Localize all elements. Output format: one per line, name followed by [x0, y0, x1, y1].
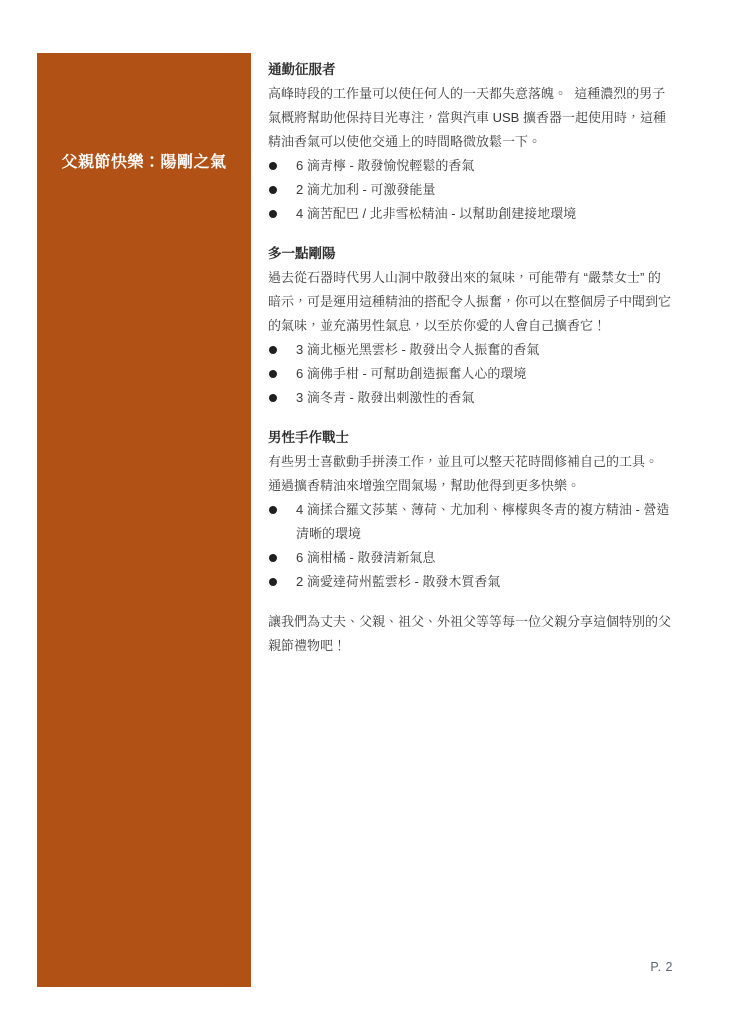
bullet-dot-icon [269, 554, 277, 562]
bullet-text: 6 滴柑橘 - 散發清新氣息 [296, 546, 672, 570]
bullet-dot-icon [269, 506, 277, 514]
list-item: 2 滴尤加利 - 可激發能量 [268, 178, 672, 202]
bullet-list: 6 滴青檸 - 散發愉悅輕鬆的香氣 2 滴尤加利 - 可激發能量 4 滴苦配巴 … [268, 154, 672, 226]
list-item: 4 滴苦配巴 / 北非雪松精油 - 以幫助創建接地環境 [268, 202, 672, 226]
bullet-text: 6 滴青檸 - 散發愉悅輕鬆的香氣 [296, 154, 672, 178]
closing-paragraph: 讓我們為丈夫、父親、祖父、外祖父等等每一位父親分享這個特別的父親節禮物吧！ [268, 610, 672, 658]
bullet-list: 4 滴揉合羅文莎葉、薄荷、尤加利、檸檬與冬青的複方精油 - 營造清晰的環境 6 … [268, 498, 672, 594]
section-paragraph: 過去從石器時代男人山洞中散發出來的氣味，可能帶有 “嚴禁女士” 的暗示，可是運用… [268, 266, 672, 338]
list-item: 3 滴冬青 - 散發出刺激性的香氣 [268, 386, 672, 410]
section-paragraph: 有些男士喜歡動手拼湊工作，並且可以整天花時間修補自己的工具。 通過擴香精油來增強… [268, 450, 672, 498]
bullet-text: 3 滴北極光黑雲杉 - 散發出令人振奮的香氣 [296, 338, 672, 362]
title-banner: 父親節快樂：陽剛之氣 [37, 53, 251, 987]
bullet-dot-icon [269, 186, 277, 194]
bullet-text: 3 滴冬青 - 散發出刺激性的香氣 [296, 386, 672, 410]
bullet-list: 3 滴北極光黑雲杉 - 散發出令人振奮的香氣 6 滴佛手柑 - 可幫助創造振奮人… [268, 338, 672, 410]
list-item: 3 滴北極光黑雲杉 - 散發出令人振奮的香氣 [268, 338, 672, 362]
section-commuter-conqueror: 通勤征服者 高峰時段的工作量可以使任何人的一天都失意落魄。 這種濃烈的男子氣概將… [268, 58, 672, 226]
section-heading: 通勤征服者 [268, 58, 672, 82]
document-page: 父親節快樂：陽剛之氣 通勤征服者 高峰時段的工作量可以使任何人的一天都失意落魄。… [0, 0, 736, 1023]
list-item: 2 滴愛達荷州藍雲杉 - 散發木質香氣 [268, 570, 672, 594]
section-heading: 多一點剛陽 [268, 242, 672, 266]
section-more-masculine: 多一點剛陽 過去從石器時代男人山洞中散發出來的氣味，可能帶有 “嚴禁女士” 的暗… [268, 242, 672, 410]
bullet-text: 2 滴尤加利 - 可激發能量 [296, 178, 672, 202]
bullet-dot-icon [269, 346, 277, 354]
list-item: 4 滴揉合羅文莎葉、薄荷、尤加利、檸檬與冬青的複方精油 - 營造清晰的環境 [268, 498, 672, 546]
section-paragraph: 高峰時段的工作量可以使任何人的一天都失意落魄。 這種濃烈的男子氣概將幫助他保持目… [268, 82, 672, 154]
bullet-dot-icon [269, 578, 277, 586]
bullet-text: 6 滴佛手柑 - 可幫助創造振奮人心的環境 [296, 362, 672, 386]
bullet-text: 4 滴苦配巴 / 北非雪松精油 - 以幫助創建接地環境 [296, 202, 672, 226]
section-handcraft-warrior: 男性手作戰士 有些男士喜歡動手拼湊工作，並且可以整天花時間修補自己的工具。 通過… [268, 426, 672, 594]
bullet-text: 2 滴愛達荷州藍雲杉 - 散發木質香氣 [296, 570, 672, 594]
page-title: 父親節快樂：陽剛之氣 [37, 152, 251, 174]
section-heading: 男性手作戰士 [268, 426, 672, 450]
bullet-dot-icon [269, 210, 277, 218]
list-item: 6 滴柑橘 - 散發清新氣息 [268, 546, 672, 570]
list-item: 6 滴佛手柑 - 可幫助創造振奮人心的環境 [268, 362, 672, 386]
list-item: 6 滴青檸 - 散發愉悅輕鬆的香氣 [268, 154, 672, 178]
bullet-dot-icon [269, 162, 277, 170]
page-number: P. 2 [650, 960, 673, 974]
bullet-dot-icon [269, 370, 277, 378]
bullet-text: 4 滴揉合羅文莎葉、薄荷、尤加利、檸檬與冬青的複方精油 - 營造清晰的環境 [296, 498, 672, 546]
content-area: 通勤征服者 高峰時段的工作量可以使任何人的一天都失意落魄。 這種濃烈的男子氣概將… [268, 58, 672, 658]
bullet-dot-icon [269, 394, 277, 402]
